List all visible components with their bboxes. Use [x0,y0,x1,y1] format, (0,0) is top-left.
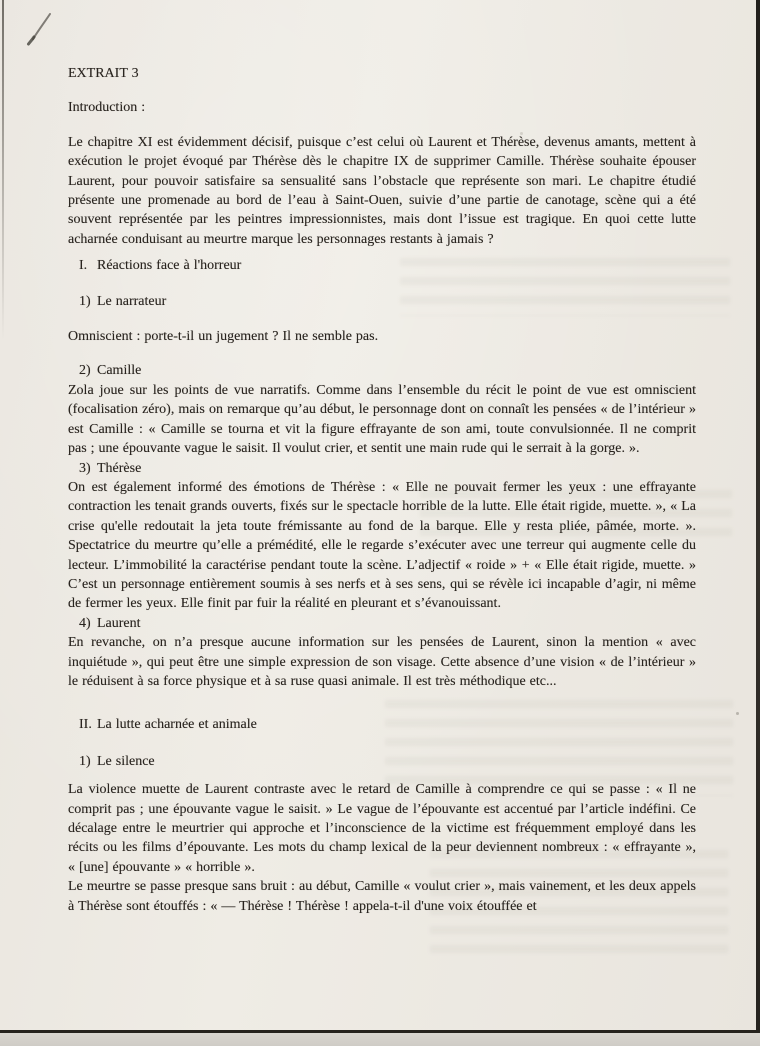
subsection-number: 4) [79,614,94,633]
scan-right-edge [756,0,760,1033]
paragraph-therese: On est également informé des émotions de… [68,478,696,614]
section-heading-1: I.Réactions face à l'horreur [79,256,696,275]
section-heading-2: II.La lutte acharnée et animale [79,715,696,734]
subsection-title: Le silence [97,754,155,769]
subsection-heading-laurent: 4)Laurent [79,614,696,633]
scan-speck [736,712,739,715]
paragraph-camille: Zola joue sur les points de vue narratif… [68,381,696,459]
subsection-heading-camille: 2)Camille [79,361,696,380]
paragraph-silence-1: La violence muette de Laurent contraste … [68,780,696,877]
document-body: EXTRAIT 3 Introduction : Le chapitre XI … [68,64,696,916]
subsection-heading-therese: 3)Thérèse [79,459,696,478]
document-title: EXTRAIT 3 [68,64,696,83]
subsection-number: 3) [79,459,94,478]
subsection-title: Thérèse [97,461,141,476]
section-number: II. [79,715,94,734]
subsection-heading-narrateur: 1)Le narrateur [79,292,696,311]
subsection-title: Camille [97,363,141,378]
section-title: Réactions face à l'horreur [97,258,241,273]
section-title: La lutte acharnée et animale [97,717,257,732]
subsection-number: 1) [79,752,94,771]
subsection-heading-silence: 1)Le silence [79,752,696,771]
scanner-bed [0,1033,760,1046]
pen-mark [24,11,54,47]
scanned-page: EXTRAIT 3 Introduction : Le chapitre XI … [0,0,760,1046]
subsection-number: 2) [79,361,94,380]
paragraph-laurent: En revanche, on n’a presque aucune infor… [68,633,696,691]
scan-left-edge [2,0,4,340]
subsection-title: Le narrateur [97,294,166,309]
paragraph-narrator-note: Omniscient : porte-t-il un jugement ? Il… [68,327,696,346]
section-number: I. [79,256,94,275]
subsection-title: Laurent [97,616,141,631]
paragraph-introduction: Le chapitre XI est évidemment décisif, p… [68,133,696,249]
subsection-number: 1) [79,292,94,311]
paragraph-silence-2: Le meurtre se passe presque sans bruit :… [68,877,696,916]
intro-label: Introduction : [68,98,696,117]
